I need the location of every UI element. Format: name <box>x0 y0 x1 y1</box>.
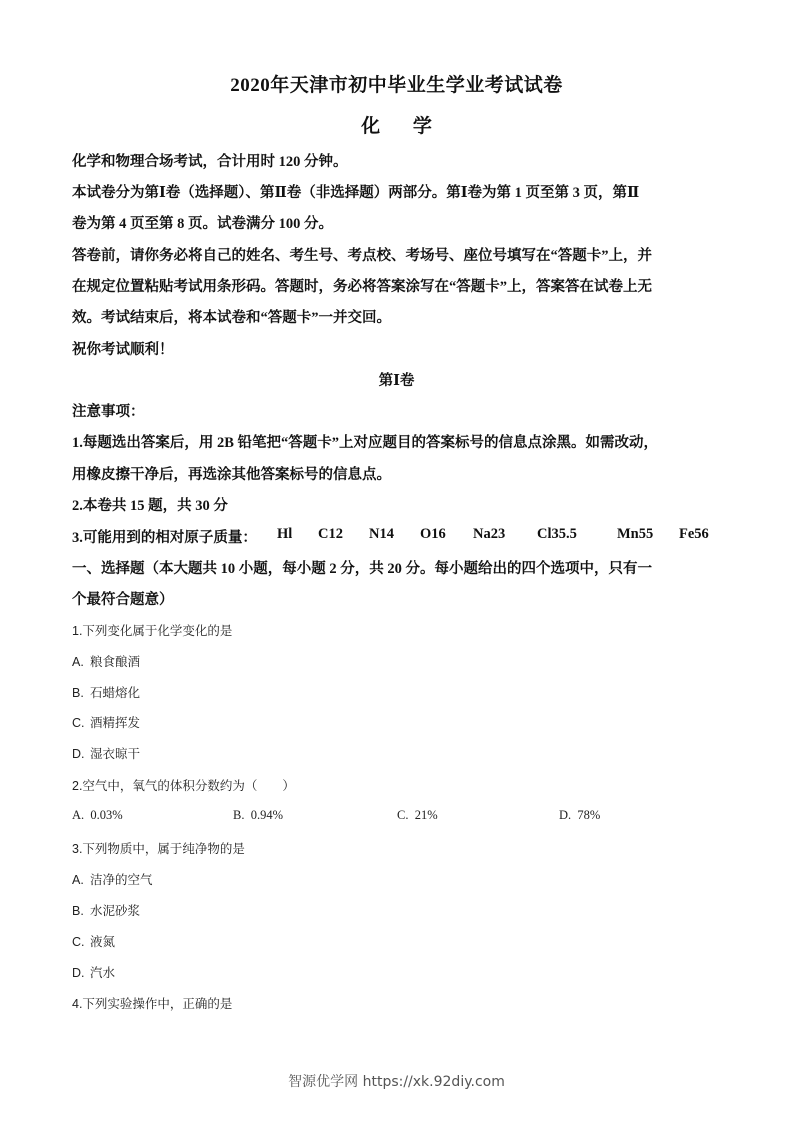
question-1-option-a[interactable]: A.粮食酿酒 <box>72 652 140 670</box>
exam-subject: 化 学 <box>0 111 793 138</box>
note-1-line-1: 1.每题选出答案后，用 2B 铅笔把“答题卡”上对应题目的答案标号的信息点涂黑。… <box>72 431 658 452</box>
intro-line-2: 本试卷分为第Ⅰ卷（选择题）、第Ⅱ卷（非选择题）两部分。第Ⅰ卷为第 1 页至第 3… <box>72 181 639 202</box>
question-1-stem: 1.下列变化属于化学变化的是 <box>72 621 232 639</box>
question-3-option-a[interactable]: A.洁净的空气 <box>72 870 153 888</box>
atomic-mass-o: O16 <box>420 526 446 543</box>
intro-line-7: 祝你考试顺利！ <box>72 338 174 359</box>
question-1-option-c[interactable]: C.酒精挥发 <box>72 713 140 731</box>
question-2-option-c[interactable]: C. 21% <box>397 808 438 823</box>
atomic-mass-h: Hl <box>277 526 292 543</box>
intro-line-5: 在规定位置粘贴考试用条形码。答题时，务必将答案涂写在“答题卡”上，答案答在试卷上… <box>72 275 652 296</box>
exam-title: 2020年天津市初中毕业生学业考试试卷 <box>0 70 793 97</box>
question-3-stem: 3.下列物质中，属于纯净物的是 <box>72 839 245 857</box>
question-1-option-b[interactable]: B.石蜡熔化 <box>72 683 140 701</box>
footer-watermark: 智源优学网 https://xk.92diy.com <box>0 1071 793 1091</box>
question-2-option-b[interactable]: B. 0.94% <box>233 808 283 823</box>
question-2-stem: 2.空气中，氧气的体积分数约为（ ） <box>72 776 295 794</box>
note-3-atomic-masses: 3.可能用到的相对原子质量： Hl C12 N14 O16 Na23 Cl35.… <box>72 526 732 546</box>
part1-heading: 第Ⅰ卷 <box>0 369 793 390</box>
question-3-option-b[interactable]: B.水泥砂浆 <box>72 901 140 919</box>
note-2: 2.本卷共 15 题，共 30 分 <box>72 494 228 515</box>
intro-line-1: 化学和物理合场考试，合计用时 120 分钟。 <box>72 150 348 171</box>
notes-heading: 注意事项： <box>72 400 145 421</box>
question-2-option-d[interactable]: D. 78% <box>559 808 600 823</box>
intro-line-3: 卷为第 4 页至第 8 页。试卷满分 100 分。 <box>72 212 333 233</box>
intro-line-6: 效。考试结束后，将本试卷和“答题卡”一并交回。 <box>72 306 391 327</box>
question-1-option-d[interactable]: D.湿衣晾干 <box>72 744 140 762</box>
section-1-line-1: 一、选择题（本大题共 10 小题，每小题 2 分，共 20 分。每小题给出的四个… <box>72 557 652 578</box>
question-4-stem: 4.下列实验操作中，正确的是 <box>72 994 232 1012</box>
question-3-option-c[interactable]: C.液氮 <box>72 932 115 950</box>
section-1-line-2: 个最符合题意） <box>72 588 174 609</box>
note-3-label: 3.可能用到的相对原子质量： <box>72 526 257 547</box>
atomic-mass-mn: Mn55 <box>617 526 653 543</box>
intro-line-4: 答卷前，请你务必将自己的姓名、考生号、考点校、考场号、座位号填写在“答题卡”上，… <box>72 244 652 265</box>
atomic-mass-c: C12 <box>318 526 343 543</box>
question-2-options: A. 0.03% B. 0.94% C. 21% D. 78% <box>72 808 752 826</box>
question-3-option-d[interactable]: D.汽水 <box>72 963 115 981</box>
atomic-mass-na: Na23 <box>473 526 505 543</box>
atomic-mass-fe: Fe56 <box>679 526 709 543</box>
atomic-mass-n: N14 <box>369 526 394 543</box>
atomic-mass-cl: Cl35.5 <box>537 526 577 543</box>
exam-page: 2020年天津市初中毕业生学业考试试卷 化 学 化学和物理合场考试，合计用时 1… <box>0 0 793 1122</box>
note-1-line-2: 用橡皮擦干净后，再选涂其他答案标号的信息点。 <box>72 463 391 484</box>
question-2-option-a[interactable]: A. 0.03% <box>72 808 123 823</box>
